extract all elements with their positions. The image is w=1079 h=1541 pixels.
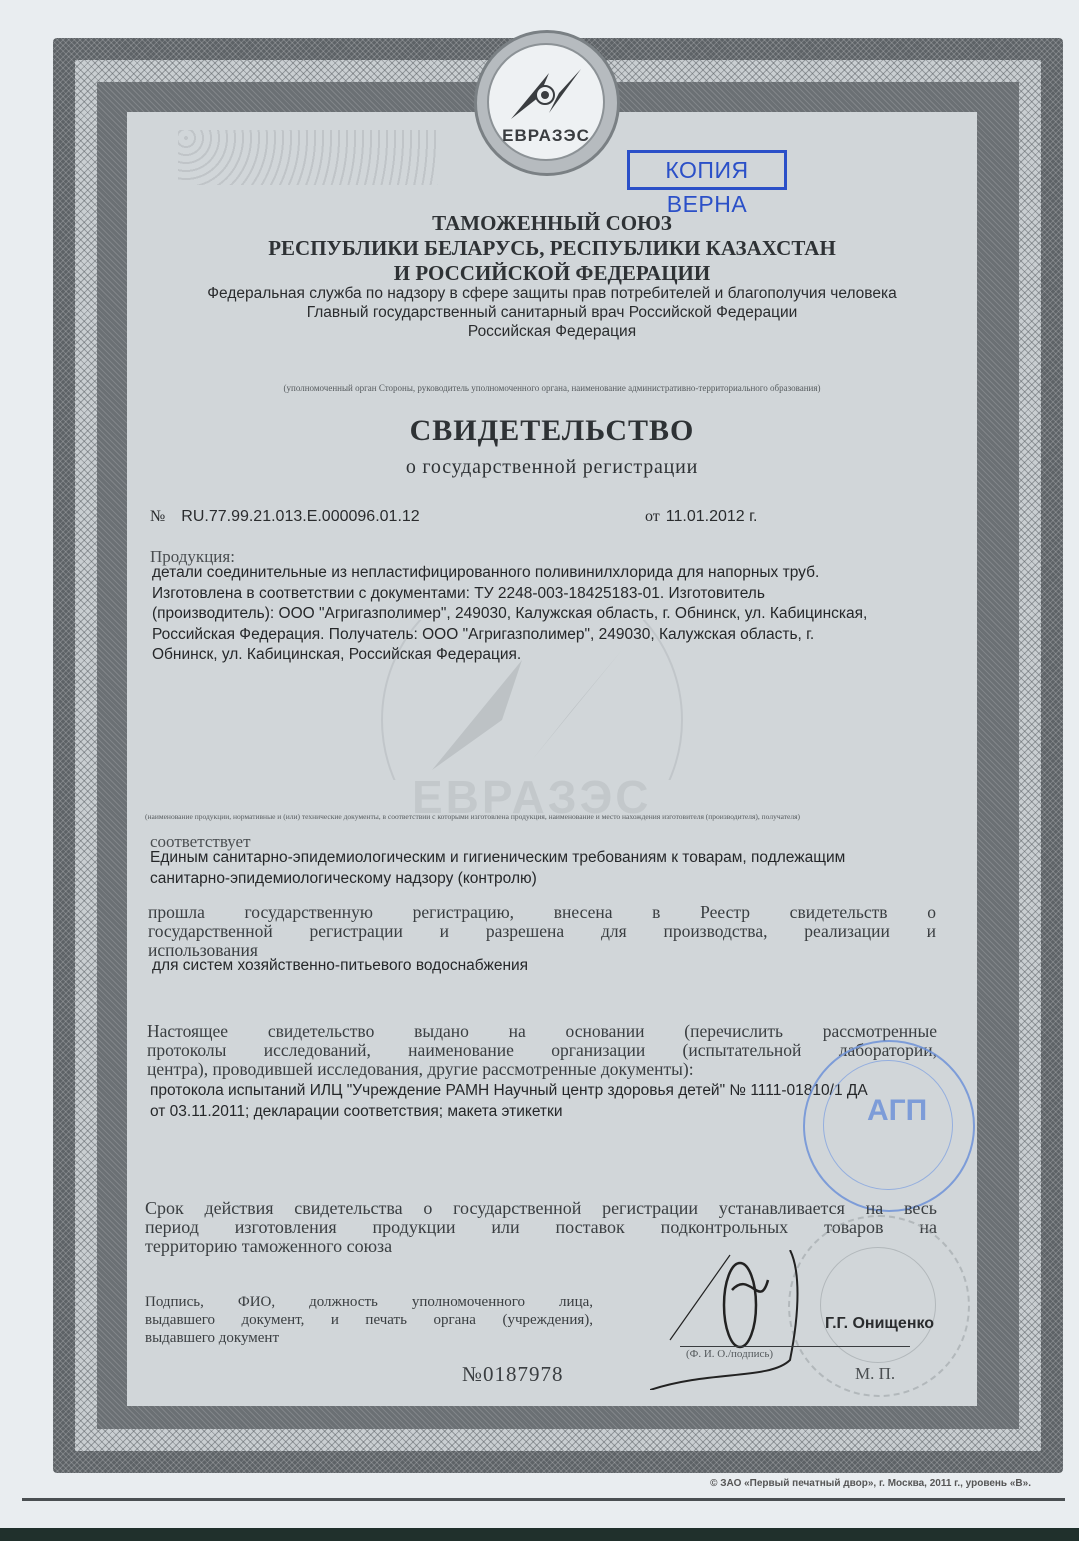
signature-line: [680, 1346, 910, 1347]
certificate-subtitle: о государственной регистрации: [127, 456, 977, 479]
conformity-requirements: Единым санитарно-эпидемиологическим и ги…: [150, 848, 970, 889]
signature: [650, 1250, 820, 1390]
usage-scope: для систем хозяйственно-питьевого водосн…: [152, 956, 528, 977]
authority-line: Главный государственный санитарный врач …: [127, 303, 977, 322]
eurasec-logo-icon: [509, 63, 583, 123]
union-line: ТАМОЖЕННЫЙ СОЮЗ: [127, 211, 977, 236]
statement-line: прошла государственную регистрацию, внес…: [148, 903, 936, 922]
union-heading: ТАМОЖЕННЫЙ СОЮЗ РЕСПУБЛИКИ БЕЛАРУСЬ, РЕС…: [127, 211, 977, 286]
signature-instruction-line: Подпись, ФИО, должность уполномоченного …: [145, 1293, 593, 1311]
registration-number: №RU.77.99.21.013.Е.000096.01.12: [150, 508, 420, 526]
basis-line: протоколы исследований, наименование орг…: [147, 1041, 937, 1060]
statement-line: государственной регистрации и разрешена …: [148, 922, 936, 941]
form-number: №0187978: [462, 1362, 564, 1387]
union-line: И РОССИЙСКОЙ ФЕДЕРАЦИИ: [127, 261, 977, 286]
signer-caption: (Ф. И. О./подпись): [686, 1348, 773, 1360]
conformity-line: санитарно-эпидемиологическому надзору (к…: [150, 869, 970, 890]
product-line: детали соединительные из непластифициров…: [152, 563, 972, 584]
emblem-name: ЕВРАЗЭС: [489, 126, 603, 146]
product-line: Обнинск, ул. Кабицинская, Российская Фед…: [152, 645, 972, 666]
bottom-rule: [22, 1498, 1065, 1501]
registration-date: от11.01.2012 г.: [645, 508, 757, 526]
signature-instructions: Подпись, ФИО, должность уполномоченного …: [145, 1293, 593, 1347]
seal-place-mark: М. П.: [855, 1364, 895, 1384]
company-seal: АГП: [803, 1040, 975, 1212]
printer-copyright: © ЗАО «Первый печатный двор», г. Москва,…: [710, 1478, 1031, 1489]
authority-block: Федеральная служба по надзору в сфере за…: [127, 284, 977, 341]
product-line: Изготовлена в соответствии с документами…: [152, 584, 972, 605]
product-line: Российская Федерация. Получатель: ООО "А…: [152, 625, 972, 646]
microprint-pattern: [178, 130, 438, 185]
date-prefix: от: [645, 508, 660, 525]
product-line: (производитель): ООО "Агригазполимер", 2…: [152, 604, 972, 625]
product-caption: (наименование продукции, нормативные и (…: [145, 812, 975, 821]
signature-instruction-line: выдавшего документ, и печать органа (учр…: [145, 1311, 593, 1329]
copy-certified-stamp: КОПИЯ ВЕРНА: [627, 150, 787, 190]
basis-line: Настоящее свидетельство выдано на основа…: [147, 1022, 937, 1041]
authority-line: Российская Федерация: [127, 322, 977, 341]
eurasec-emblem: ЕВРАЗЭС: [487, 43, 605, 161]
registration-number-value: RU.77.99.21.013.Е.000096.01.12: [181, 508, 419, 525]
certificate-title: СВИДЕТЕЛЬСТВО: [127, 414, 977, 448]
scan-edge: [0, 1528, 1079, 1541]
validity-line: Срок действия свидетельства о государств…: [145, 1199, 937, 1218]
signer-name: Г.Г. Онищенко: [825, 1315, 934, 1333]
authority-caption: (уполномоченный орган Стороны, руководит…: [127, 383, 977, 393]
product-description: детали соединительные из непластифициров…: [152, 563, 972, 666]
seal-logo: АГП: [867, 1094, 927, 1128]
validity-line: период изготовления продукции или постав…: [145, 1218, 937, 1237]
authority-line: Федеральная служба по надзору в сфере за…: [127, 284, 977, 303]
registration-statement: прошла государственную регистрацию, внес…: [148, 903, 936, 960]
conformity-line: Единым санитарно-эпидемиологическим и ги…: [150, 848, 970, 869]
number-symbol: №: [150, 508, 165, 525]
basis-statement: Настоящее свидетельство выдано на основа…: [147, 1022, 937, 1079]
signature-instruction-line: выдавшего документ: [145, 1329, 593, 1347]
union-line: РЕСПУБЛИКИ БЕЛАРУСЬ, РЕСПУБЛИКИ КАЗАХСТА…: [127, 236, 977, 261]
registration-date-value: 11.01.2012 г.: [666, 508, 758, 525]
